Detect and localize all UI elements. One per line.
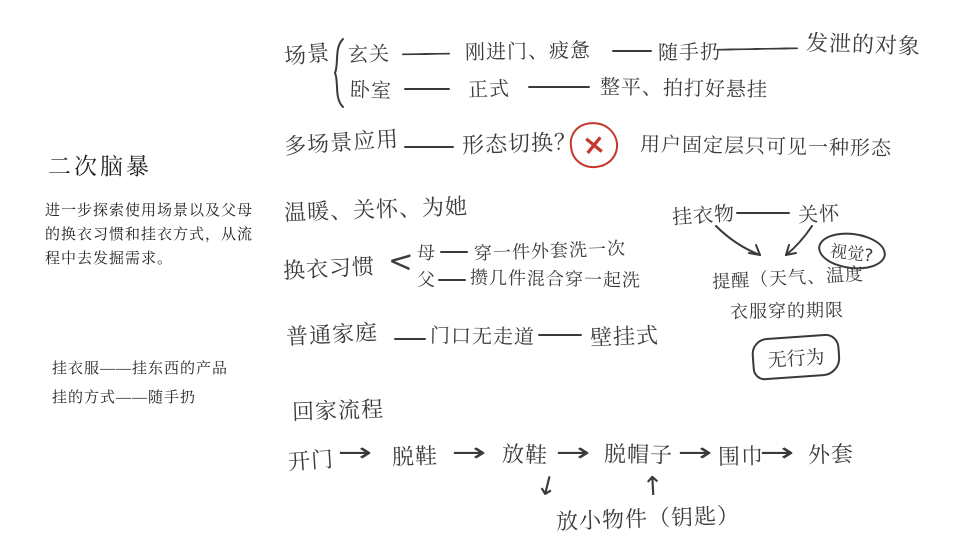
branch-father: 父: [417, 266, 436, 292]
connector-line: [402, 53, 450, 56]
reminder-line-2: 衣服穿的期限: [730, 296, 844, 324]
family-node-ordinary: 普通家庭: [285, 316, 379, 352]
connector-line: [404, 146, 454, 148]
flow-step-take-off-hat: 脱帽子: [604, 437, 674, 469]
flow-step-open-door: 开门: [287, 442, 335, 476]
home-flow-title: 回家流程: [291, 392, 384, 426]
arrow-right-icon: →: [766, 440, 788, 466]
keywords-warmth: 温暖、关怀、为她: [284, 190, 469, 227]
scene-label: 场景: [283, 36, 332, 72]
multi-scene-label: 多场景应用: [283, 122, 400, 161]
connector-line: [538, 334, 582, 336]
note-hang-method: 挂的方式——随手扔: [52, 387, 196, 410]
flow-step-scarf: 围巾: [718, 440, 765, 472]
tag-label: 无行为: [767, 342, 826, 373]
connector-line: [438, 279, 466, 281]
scene-node-casual-toss: 随手扔: [658, 35, 721, 65]
arrow-down-icon: ↓: [533, 472, 560, 503]
multi-scene-question: 形态切换？: [461, 125, 577, 160]
connector-line: [528, 86, 590, 88]
arrow-up-icon: ↑: [641, 473, 664, 500]
connector-line: [736, 212, 790, 214]
mother-habit: 穿一件外套洗一次: [474, 234, 627, 265]
arrow-right-icon: →: [344, 440, 366, 466]
change-habit-label: 换衣习惯: [282, 250, 376, 286]
description-line-2: 的换衣习惯和挂衣方式，从流: [45, 224, 253, 247]
no-action-tag: 无行为: [751, 333, 842, 381]
arrow-right-icon: →: [684, 440, 706, 466]
flow-step-put-shoes: 放鞋: [501, 437, 548, 470]
flow-step-coat: 外套: [807, 437, 854, 470]
connector-line: [612, 50, 652, 52]
flow-sub-note-small-items: 放小物件（钥匙）: [556, 499, 741, 536]
rejected-x-mark-icon: ×: [568, 120, 621, 171]
scene-node-formal: 正式: [468, 72, 511, 102]
scene-node-entryway: 玄关: [348, 37, 391, 67]
brace-shape: [328, 36, 348, 110]
description-line-1: 进一步探索使用场景以及父母: [45, 200, 253, 223]
scene-node-bedroom: 卧室: [350, 73, 393, 103]
brainstorm-notes-page: 二次脑暴 进一步探索使用场景以及父母 的换衣习惯和挂衣方式，从流 程中去发掘需求…: [0, 0, 960, 540]
page-title: 二次脑暴: [48, 148, 152, 181]
scene-node-just-entered: 刚进门、疲惫: [465, 34, 591, 65]
connector-line: [718, 47, 798, 50]
x-mark: ×: [581, 130, 607, 160]
branch-mother: 母: [417, 239, 436, 265]
description-line-3: 程中去发掘需求。: [45, 248, 173, 271]
scene-node-flatten-hang: 整平、拍打好悬挂: [600, 71, 768, 103]
multi-scene-note: 用户固定层只可见一种形态: [640, 128, 892, 161]
family-node-wall-mount: 壁挂式: [589, 319, 659, 352]
connector-line: [440, 251, 468, 253]
family-node-no-hallway: 门口无走道: [430, 319, 535, 350]
arrow-right-icon: →: [458, 440, 480, 466]
scene-node-vent-object: 发泄的对象: [805, 26, 921, 61]
connector-line: [404, 88, 450, 90]
connector-line: [394, 338, 426, 340]
note-hang-clothes: 挂衣服——挂东西的产品: [52, 358, 228, 381]
cluster-arrows: [700, 222, 830, 264]
reminder-line-1: 提醒（天气、温度: [711, 260, 864, 294]
flow-step-take-off-shoes: 脱鞋: [391, 439, 438, 472]
father-habit: 攒几件混合穿一起洗: [470, 264, 641, 293]
arrow-right-icon: →: [562, 440, 584, 466]
branch-bracket: <: [387, 243, 416, 280]
